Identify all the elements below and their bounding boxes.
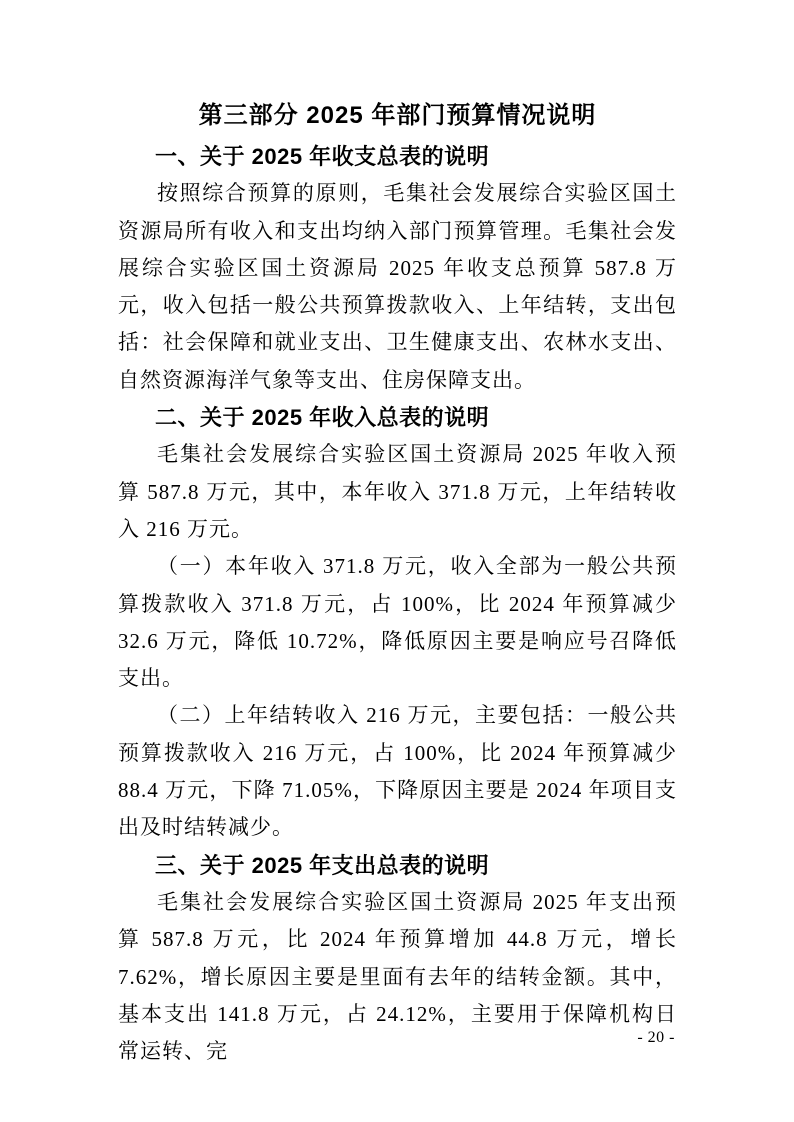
section-expenditure-overview: 三、关于 2025 年支出总表的说明 毛集社会发展综合实验区国土资源局 2025… <box>118 847 677 1071</box>
document-title: 第三部分 2025 年部门预算情况说明 <box>118 94 677 138</box>
section-budget-overview: 一、关于 2025 年收支总表的说明 按照综合预算的原则，毛集社会发展综合实验区… <box>118 138 677 399</box>
document-page: 第三部分 2025 年部门预算情况说明 一、关于 2025 年收支总表的说明 按… <box>0 0 794 1122</box>
page-number: - 20 - <box>637 1028 675 1048</box>
section-1-heading: 一、关于 2025 年收支总表的说明 <box>118 138 677 175</box>
section-3-heading: 三、关于 2025 年支出总表的说明 <box>118 847 677 884</box>
section-2-paragraph-3: （二）上年结转收入 216 万元，主要包括：一般公共预算拨款收入 216 万元，… <box>118 697 677 846</box>
section-3-paragraph-1: 毛集社会发展综合实验区国土资源局 2025 年支出预算 587.8 万元，比 2… <box>118 884 677 1070</box>
section-1-paragraph-1: 按照综合预算的原则，毛集社会发展综合实验区国土资源局所有收入和支出均纳入部门预算… <box>118 175 677 399</box>
section-2-paragraph-1: 毛集社会发展综合实验区国土资源局 2025 年收入预算 587.8 万元，其中，… <box>118 436 677 548</box>
section-2-heading: 二、关于 2025 年收入总表的说明 <box>118 399 677 436</box>
section-2-paragraph-2: （一）本年收入 371.8 万元，收入全部为一般公共预算拨款收入 371.8 万… <box>118 548 677 697</box>
section-income-overview: 二、关于 2025 年收入总表的说明 毛集社会发展综合实验区国土资源局 2025… <box>118 399 677 847</box>
